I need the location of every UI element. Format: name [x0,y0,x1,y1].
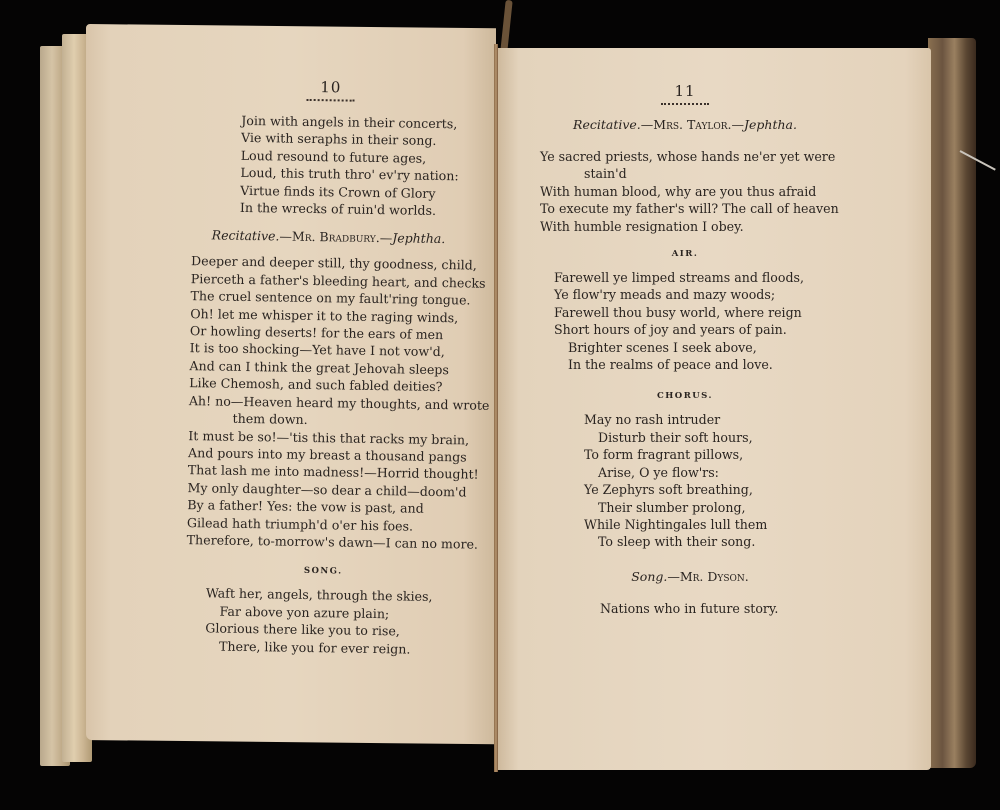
book-gutter [494,44,498,772]
verse-line: stain'd [540,165,830,182]
recitative: Ye sacred priests, whose hands ne'er yet… [540,148,830,235]
stanza: Join with angels in their concerts, Vie … [184,111,476,220]
section-heading: Song.—Mr. Dyson. [540,569,830,584]
verse-line: In the wrecks of ruin'd worlds. [240,199,474,220]
page-number: 10 [186,76,476,99]
section-heading: Recitative.—Mrs. Taylor.—Jephtha. [540,117,830,132]
air: Farewell ye limped streams and floods, Y… [540,269,830,373]
heading-performer: —Mr. Dyson. [667,569,748,584]
ornamental-rule [661,103,709,105]
page-number: 11 [540,82,830,100]
verse-line: May no rash intruder [584,411,830,428]
heading-type: Recitative. [212,228,280,244]
verse-line: Therefore, to-morrow's dawn—I can no mor… [187,531,469,553]
verse-line: With humble resignation I obey. [540,218,830,235]
section-heading: CHORUS. [540,391,830,401]
verse-line: Farewell ye limped streams and floods, [554,269,830,286]
verse-line: Their slumber prolong, [584,499,830,516]
verse-line: While Nightingales lull them [584,516,830,533]
song: Waft her, angels, through the skies, Far… [177,584,468,658]
section-heading: AIR. [540,249,830,259]
verse-line: Short hours of joy and years of pain. [554,321,830,338]
verse-line: Ye flow'ry meads and mazy woods; [554,286,830,303]
verse-line: To form fragrant pillows, [584,446,830,463]
verse-line: With human blood, why are you thus afrai… [540,183,830,200]
heading-performer: —Mr. Bradbury. [279,229,380,246]
bookmark-thread [500,0,512,52]
heading-performer: —Mrs. Taylor. [641,117,732,132]
verse-line: Ye sacred priests, whose hands ne'er yet… [540,148,830,165]
heading-work: —Jephtha. [380,231,446,247]
verse-line: Disturb their soft hours, [584,429,830,446]
verse-line: Nations who in future story. [540,600,830,617]
ornamental-rule [307,99,355,102]
recitative: Deeper and deeper still, thy goodness, c… [179,252,474,552]
verse-line: Farewell thou busy world, where reign [554,304,830,321]
section-heading: Recitative.—Mr. Bradbury.—Jephtha. [183,227,473,247]
right-page-edges [928,38,976,768]
verse-line: Ye Zephyrs soft breathing, [584,481,830,498]
verse-line: Arise, O ye flow'rs: [584,464,830,481]
section-heading: SONG. [178,564,468,579]
heading-work: —Jephtha. [732,117,797,132]
left-page-text: 10 Join with angels in their concerts, V… [177,76,476,658]
verse-line: To sleep with their song. [584,533,830,550]
right-page-text: 11 Recitative.—Mrs. Taylor.—Jephtha. Ye … [540,82,830,617]
verse-line: Brighter scenes I seek above, [554,339,830,356]
verse-line: To execute my father's will? The call of… [540,200,830,217]
heading-type: Recitative. [573,117,641,132]
heading-type: Song. [631,569,667,584]
chorus: May no rash intruder Disturb their soft … [540,411,830,550]
verse-line: In the realms of peace and love. [554,356,830,373]
